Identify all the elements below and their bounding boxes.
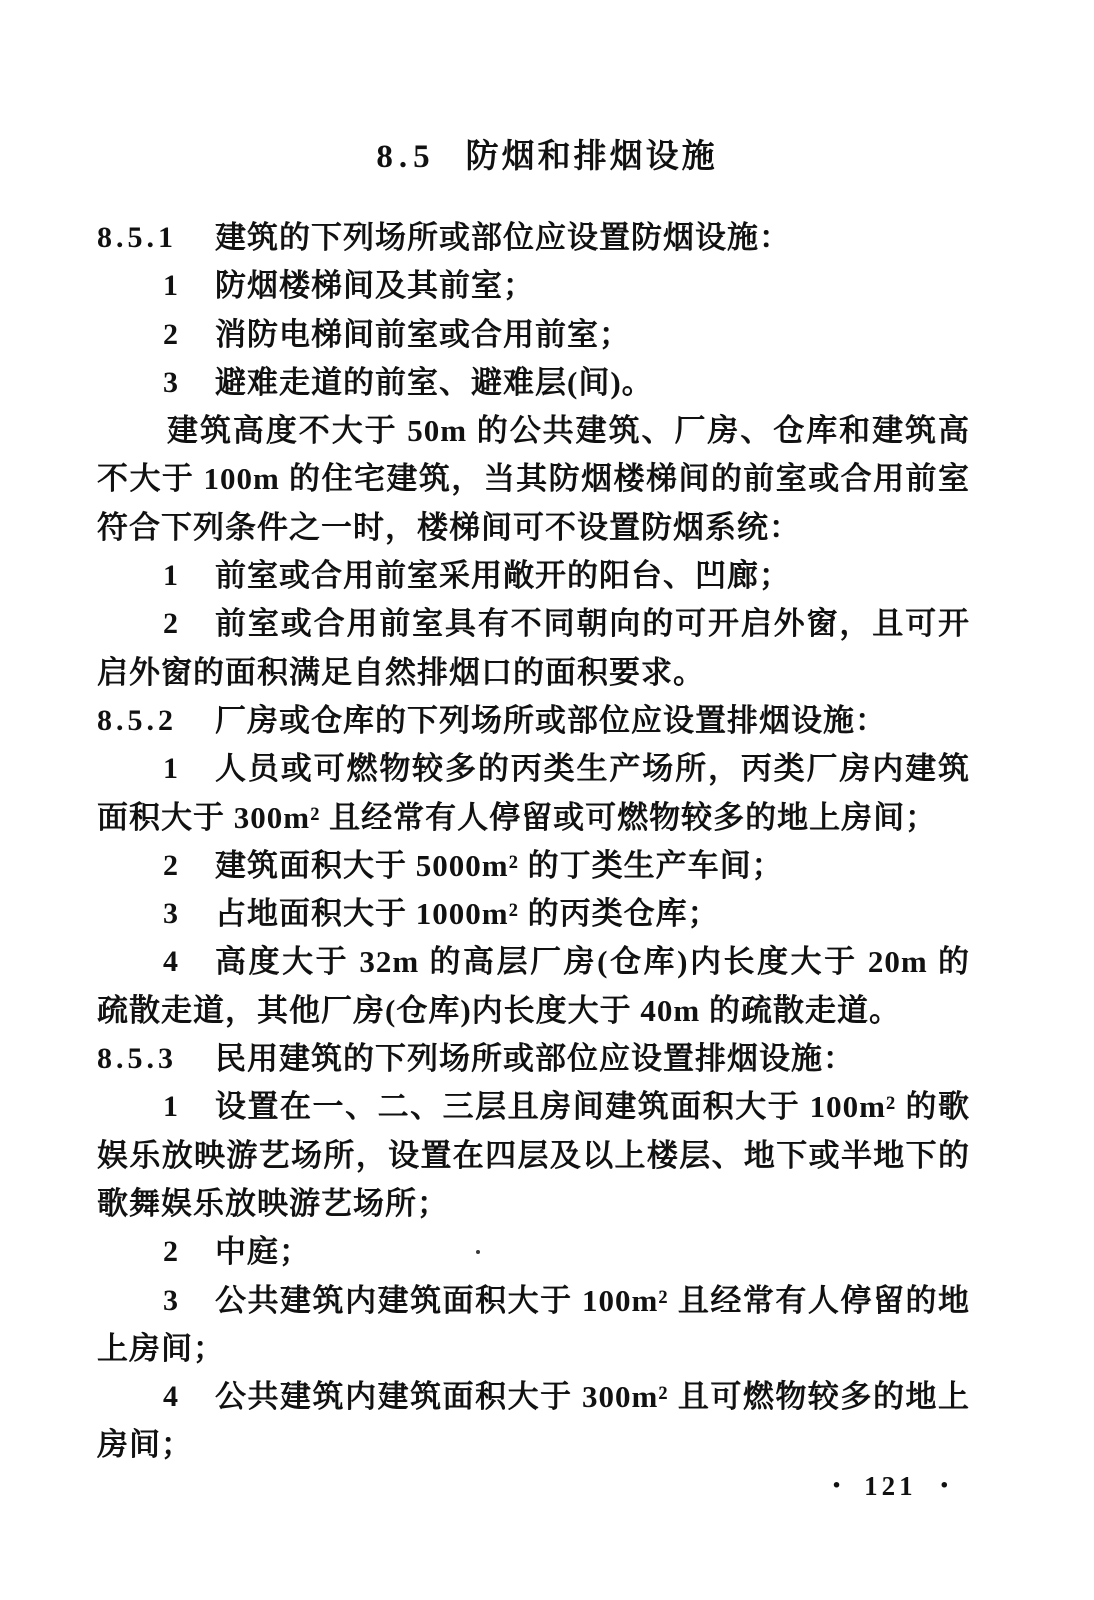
list-item-line: 2建筑面积大于 5000m² 的丁类生产车间； xyxy=(97,842,970,890)
line-text: 公共建筑内建筑面积大于 300m² 且可燃物较多的地上 xyxy=(215,1373,970,1421)
document-page: 8.5防烟和排烟设施 8.5.1建筑的下列场所或部位应设置防烟设施： 1防烟楼梯… xyxy=(0,0,1094,1600)
clause-number: 8.5.3 xyxy=(97,1035,215,1083)
section-title: 8.5防烟和排烟设施 xyxy=(0,133,1094,181)
line-text: 民用建筑的下列场所或部位应设置排烟设施： xyxy=(215,1035,855,1083)
continuation-line: 不大于 100m 的住宅建筑，当其防烟楼梯间的前室或合用前室 xyxy=(97,455,970,503)
item-number: 2 xyxy=(163,842,215,890)
line-text: 歌舞娱乐放映游艺场所； xyxy=(97,1186,449,1221)
clause-number: 8.5.2 xyxy=(97,697,215,745)
line-text: 前室或合用前室采用敞开的阳台、凹廊； xyxy=(215,552,791,600)
line-text: 防烟楼梯间及其前室； xyxy=(215,262,535,310)
paragraph-line: 建筑高度不大于 50m 的公共建筑、厂房、仓库和建筑高度 xyxy=(97,407,970,455)
list-item-line: 1前室或合用前室采用敞开的阳台、凹廊； xyxy=(97,552,970,600)
continuation-line: 符合下列条件之一时，楼梯间可不设置防烟系统： xyxy=(97,504,970,552)
line-text: 占地面积大于 1000m² 的丙类仓库； xyxy=(215,890,720,938)
section-title-text: 防烟和排烟设施 xyxy=(466,139,718,175)
clause-number: 8.5.1 xyxy=(97,214,215,262)
line-text: 建筑高度不大于 50m 的公共建筑、厂房、仓库和建筑高度 xyxy=(97,413,970,455)
continuation-line: 上房间； xyxy=(97,1325,970,1373)
clause-heading-8.5.2: 8.5.2厂房或仓库的下列场所或部位应设置排烟设施： xyxy=(97,697,970,745)
line-text: 避难走道的前室、避难层(间)。 xyxy=(215,359,654,407)
continuation-line: 面积大于 300m² 且经常有人停留或可燃物较多的地上房间； xyxy=(97,794,970,842)
line-text: 建筑的下列场所或部位应设置防烟设施： xyxy=(215,214,791,262)
line-text: 公共建筑内建筑面积大于 100m² 且经常有人停留的地 xyxy=(215,1277,970,1325)
line-text: 厂房或仓库的下列场所或部位应设置排烟设施： xyxy=(215,697,887,745)
line-text: 疏散走道，其他厂房(仓库)内长度大于 40m 的疏散走道。 xyxy=(97,993,901,1028)
list-item-line: 1防烟楼梯间及其前室； xyxy=(97,262,970,310)
list-item-line: 1人员或可燃物较多的丙类生产场所，丙类厂房内建筑 xyxy=(97,745,970,793)
line-text: 中庭； xyxy=(215,1228,311,1276)
page-number: 121 xyxy=(864,1468,917,1504)
line-text: 建筑面积大于 5000m² 的丁类生产车间； xyxy=(215,842,784,890)
line-text: 符合下列条件之一时，楼梯间可不设置防烟系统： xyxy=(97,510,801,545)
section-title-number: 8.5 xyxy=(376,139,435,175)
page-number-left-dot: · xyxy=(831,1468,842,1504)
list-item-line: 1设置在一、二、三层且房间建筑面积大于 100m² 的歌舞 xyxy=(97,1083,970,1131)
line-text: 不大于 100m 的住宅建筑，当其防烟楼梯间的前室或合用前室 xyxy=(97,461,970,496)
page-number-right-dot: · xyxy=(939,1468,950,1504)
line-text: 前室或合用前室具有不同朝向的可开启外窗，且可开 xyxy=(215,600,970,648)
item-number: 1 xyxy=(163,552,215,600)
line-text: 启外窗的面积满足自然排烟口的面积要求。 xyxy=(97,655,705,690)
continuation-line: 娱乐放映游艺场所，设置在四层及以上楼层、地下或半地下的 xyxy=(97,1132,970,1180)
continuation-line: 疏散走道，其他厂房(仓库)内长度大于 40m 的疏散走道。 xyxy=(97,987,970,1035)
line-text: 高度大于 32m 的高层厂房(仓库)内长度大于 20m 的 xyxy=(215,938,970,986)
item-number: 3 xyxy=(163,890,215,938)
item-number: 1 xyxy=(163,1083,215,1131)
list-item-line: 2中庭； xyxy=(97,1228,970,1276)
item-number: 1 xyxy=(163,745,215,793)
item-number: 2 xyxy=(163,311,215,359)
list-item-line: 2前室或合用前室具有不同朝向的可开启外窗，且可开 xyxy=(97,600,970,648)
page-footer: · 121 · xyxy=(831,1468,950,1504)
item-number: 4 xyxy=(163,1373,215,1421)
list-item-line: 4高度大于 32m 的高层厂房(仓库)内长度大于 20m 的 xyxy=(97,938,970,986)
line-text: 娱乐放映游艺场所，设置在四层及以上楼层、地下或半地下的 xyxy=(97,1138,970,1173)
line-text: 人员或可燃物较多的丙类生产场所，丙类厂房内建筑 xyxy=(215,745,970,793)
item-number: 2 xyxy=(163,1228,215,1276)
continuation-line: 歌舞娱乐放映游艺场所； xyxy=(97,1180,970,1228)
list-item-line: 3公共建筑内建筑面积大于 100m² 且经常有人停留的地 xyxy=(97,1277,970,1325)
list-item-line: 3占地面积大于 1000m² 的丙类仓库； xyxy=(97,890,970,938)
list-item-line: 4公共建筑内建筑面积大于 300m² 且可燃物较多的地上 xyxy=(97,1373,970,1421)
item-number: 3 xyxy=(163,1277,215,1325)
line-text: 设置在一、二、三层且房间建筑面积大于 100m² 的歌舞 xyxy=(215,1083,970,1131)
item-number: 4 xyxy=(163,938,215,986)
clause-heading-8.5.3: 8.5.3民用建筑的下列场所或部位应设置排烟设施： xyxy=(97,1035,970,1083)
clause-text-block: 8.5.1建筑的下列场所或部位应设置防烟设施： 1防烟楼梯间及其前室； 2消防电… xyxy=(97,214,970,1470)
line-text: 面积大于 300m² 且经常有人停留或可燃物较多的地上房间； xyxy=(97,800,937,835)
clause-heading-8.5.1: 8.5.1建筑的下列场所或部位应设置防烟设施： xyxy=(97,214,970,262)
ink-speck-artifact xyxy=(476,1250,480,1254)
item-number: 1 xyxy=(163,262,215,310)
item-number: 2 xyxy=(163,600,215,648)
line-text: 房间； xyxy=(97,1427,193,1462)
line-text: 上房间； xyxy=(97,1331,225,1366)
continuation-line: 启外窗的面积满足自然排烟口的面积要求。 xyxy=(97,649,970,697)
line-text: 消防电梯间前室或合用前室； xyxy=(215,311,631,359)
list-item-line: 3避难走道的前室、避难层(间)。 xyxy=(97,359,970,407)
continuation-line: 房间； xyxy=(97,1421,970,1469)
item-number: 3 xyxy=(163,359,215,407)
list-item-line: 2消防电梯间前室或合用前室； xyxy=(97,311,970,359)
